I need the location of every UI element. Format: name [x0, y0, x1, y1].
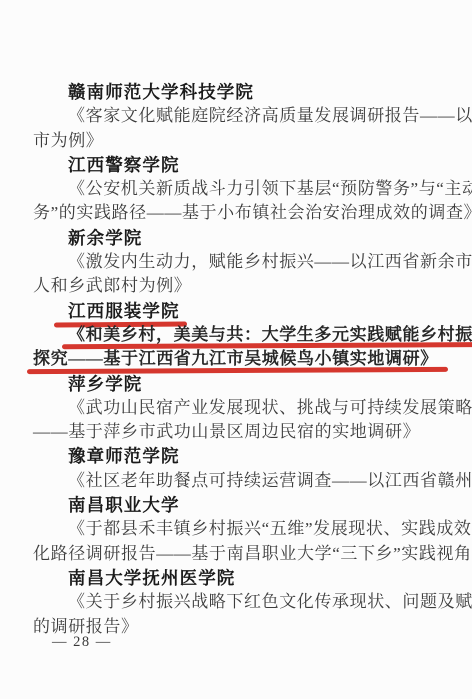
school-name-wrap: 萍乡学院	[68, 372, 142, 396]
report-title-line: 《武功山民宿产业发展现状、挑战与可持续发展策略研究	[33, 396, 461, 420]
entry: 豫章师范学院《社区老年助餐点可持续运营调查——以江西省赣州市为例》	[33, 444, 461, 493]
report-title-line: 化路径调研报告——基于南昌职业大学“三下乡”实践视角》	[33, 542, 461, 566]
school-name: 新余学院	[68, 228, 142, 248]
school-name-wrap: 南昌职业大学	[68, 493, 180, 517]
school-name: 豫章师范学院	[68, 446, 180, 466]
school-heading: 江西服装学院	[33, 299, 461, 323]
school-name-wrap: 赣南师范大学科技学院	[68, 80, 254, 104]
report-title-text: 《客家文化赋能庭院经济高质量发展调研报告——以龙南	[68, 106, 472, 125]
entry: 赣南师范大学科技学院《客家文化赋能庭院经济高质量发展调研报告——以龙南市为例》	[33, 80, 461, 153]
report-title-text-wrap: 《关于乡村振兴战略下红色文化传承现状、问题及赋能路径	[68, 590, 472, 614]
school-heading: 豫章师范学院	[33, 444, 461, 468]
school-name: 南昌职业大学	[68, 495, 180, 515]
report-title-text-wrap: 探究——基于江西省九江市吴城候鸟小镇实地调研》	[33, 347, 438, 371]
school-name-wrap: 江西服装学院	[68, 299, 180, 323]
report-title-text: 《公安机关新质战斗力引领下基层“预防警务”与“主动警	[68, 179, 472, 198]
school-name-wrap: 南昌大学抚州医学院	[68, 566, 235, 590]
school-heading: 南昌职业大学	[33, 493, 461, 517]
report-title-text-wrap: 《公安机关新质战斗力引领下基层“预防警务”与“主动警	[68, 177, 472, 201]
school-name: 萍乡学院	[68, 374, 142, 394]
document-page: 赣南师范大学科技学院《客家文化赋能庭院经济高质量发展调研报告——以龙南市为例》江…	[0, 0, 472, 699]
report-title-text-wrap: 人和乡武郎村为例》	[33, 274, 191, 298]
report-title-line: 《和美乡村，美美与共：大学生多元实践赋能乡村振兴实践	[33, 323, 461, 347]
report-title-line: 《关于乡村振兴战略下红色文化传承现状、问题及赋能路径	[33, 590, 461, 614]
report-title-text: 人和乡武郎村为例》	[33, 276, 191, 295]
entry-highlighted: 江西服装学院《和美乡村，美美与共：大学生多元实践赋能乡村振兴实践探究——基于江西…	[33, 299, 461, 372]
report-title-text-wrap: 化路径调研报告——基于南昌职业大学“三下乡”实践视角》	[33, 542, 472, 566]
entry: 南昌大学抚州医学院《关于乡村振兴战略下红色文化传承现状、问题及赋能路径的调研报告…	[33, 566, 461, 639]
report-title-text-wrap: 《激发内生动力，赋能乡村振兴——以江西省新余市渝水区	[68, 250, 472, 274]
report-title-text: 探究——基于江西省九江市吴城候鸟小镇实地调研》	[33, 349, 438, 368]
report-title-text: 《于都县禾丰镇乡村振兴“五维”发展现状、实践成效与优	[68, 519, 472, 538]
school-heading: 萍乡学院	[33, 372, 461, 396]
school-name: 江西警察学院	[68, 155, 180, 175]
report-title-text-wrap: 《武功山民宿产业发展现状、挑战与可持续发展策略研究	[68, 396, 472, 420]
report-title-line: 务”的实践路径——基于小布镇社会治安治理成效的调查》	[33, 201, 461, 225]
school-name-wrap: 江西警察学院	[68, 153, 180, 177]
report-title-text: ——基于萍乡市武功山景区周边民宿的实地调研》	[33, 422, 420, 441]
page-number: — 28 —	[52, 634, 112, 651]
school-name: 赣南师范大学科技学院	[68, 82, 254, 102]
report-title-line: 《社区老年助餐点可持续运营调查——以江西省赣州市为例》	[33, 469, 461, 493]
report-title-line: 《客家文化赋能庭院经济高质量发展调研报告——以龙南	[33, 104, 461, 128]
report-title-text-wrap: 《于都县禾丰镇乡村振兴“五维”发展现状、实践成效与优	[68, 517, 472, 541]
report-title-text: 《关于乡村振兴战略下红色文化传承现状、问题及赋能路径	[68, 592, 472, 611]
report-title-line: ——基于萍乡市武功山景区周边民宿的实地调研》	[33, 420, 461, 444]
entry: 新余学院《激发内生动力，赋能乡村振兴——以江西省新余市渝水区人和乡武郎村为例》	[33, 226, 461, 299]
report-title-text: 化路径调研报告——基于南昌职业大学“三下乡”实践视角》	[33, 544, 472, 563]
school-name-wrap: 豫章师范学院	[68, 444, 180, 468]
report-title-line: 人和乡武郎村为例》	[33, 274, 461, 298]
report-title-text-wrap: 市为例》	[33, 129, 103, 153]
entry: 南昌职业大学《于都县禾丰镇乡村振兴“五维”发展现状、实践成效与优化路径调研报告—…	[33, 493, 461, 566]
report-title-text: 市为例》	[33, 131, 103, 150]
report-title-text-wrap: 《社区老年助餐点可持续运营调查——以江西省赣州市为例》	[68, 469, 472, 493]
report-title-text: 《和美乡村，美美与共：大学生多元实践赋能乡村振兴实践	[68, 325, 472, 344]
report-title-text: 务”的实践路径——基于小布镇社会治安治理成效的调查》	[33, 203, 472, 222]
entry: 江西警察学院《公安机关新质战斗力引领下基层“预防警务”与“主动警务”的实践路径—…	[33, 153, 461, 226]
report-title-text: 《激发内生动力，赋能乡村振兴——以江西省新余市渝水区	[68, 252, 472, 271]
report-title-text-wrap: 《和美乡村，美美与共：大学生多元实践赋能乡村振兴实践	[68, 323, 472, 347]
report-title-line: 市为例》	[33, 129, 461, 153]
report-title-line: 《于都县禾丰镇乡村振兴“五维”发展现状、实践成效与优	[33, 517, 461, 541]
report-title-text: 的调研报告》	[33, 617, 139, 636]
report-title-text-wrap: 《客家文化赋能庭院经济高质量发展调研报告——以龙南	[68, 104, 472, 128]
report-title-line: 探究——基于江西省九江市吴城候鸟小镇实地调研》	[33, 347, 461, 371]
school-heading: 南昌大学抚州医学院	[33, 566, 461, 590]
report-title-text: 《社区老年助餐点可持续运营调查——以江西省赣州市为例》	[68, 471, 472, 490]
report-title-text: 《武功山民宿产业发展现状、挑战与可持续发展策略研究	[68, 398, 472, 417]
school-heading: 江西警察学院	[33, 153, 461, 177]
school-name-wrap: 新余学院	[68, 226, 142, 250]
entry-list: 赣南师范大学科技学院《客家文化赋能庭院经济高质量发展调研报告——以龙南市为例》江…	[33, 80, 461, 639]
report-title-text-wrap: 务”的实践路径——基于小布镇社会治安治理成效的调查》	[33, 201, 472, 225]
school-heading: 新余学院	[33, 226, 461, 250]
school-name: 江西服装学院	[68, 301, 180, 321]
report-title-line: 《公安机关新质战斗力引领下基层“预防警务”与“主动警	[33, 177, 461, 201]
school-heading: 赣南师范大学科技学院	[33, 80, 461, 104]
entry: 萍乡学院《武功山民宿产业发展现状、挑战与可持续发展策略研究——基于萍乡市武功山景…	[33, 372, 461, 445]
report-title-text-wrap: ——基于萍乡市武功山景区周边民宿的实地调研》	[33, 420, 420, 444]
report-title-line: 《激发内生动力，赋能乡村振兴——以江西省新余市渝水区	[33, 250, 461, 274]
school-name: 南昌大学抚州医学院	[68, 568, 235, 588]
